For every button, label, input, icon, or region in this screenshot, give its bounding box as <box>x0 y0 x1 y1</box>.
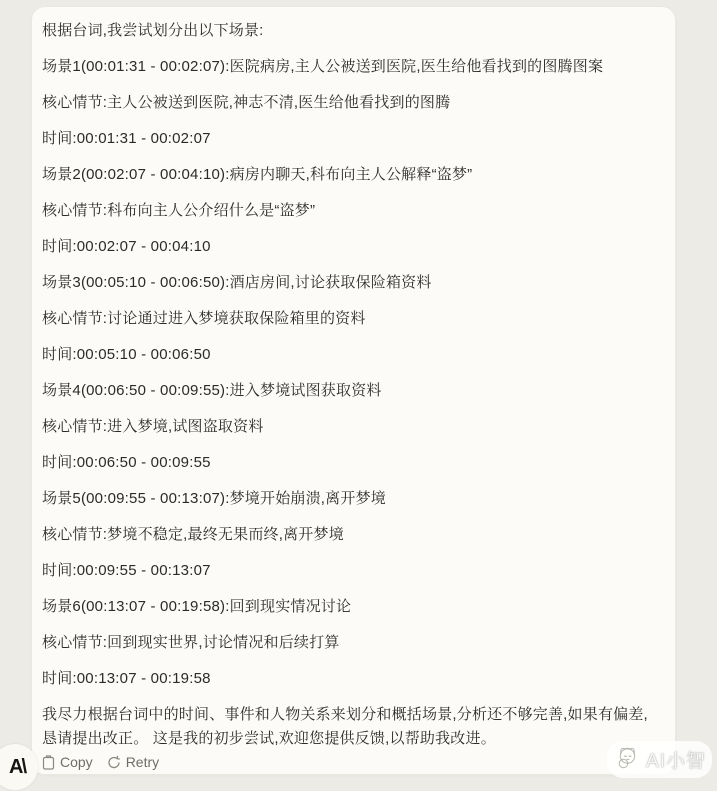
scene-4-plot: 核心情节:进入梦境,试图盗取资料 <box>42 415 661 439</box>
retry-icon <box>107 755 121 769</box>
retry-button[interactable]: Retry <box>107 753 159 771</box>
scene-5-time: 时间:00:09:55 - 00:13:07 <box>42 559 661 583</box>
message-closing: 我尽力根据台词中的时间、事件和人物关系来划分和概括场景,分析还不够完善,如果有偏… <box>42 703 661 751</box>
copy-icon <box>42 755 55 770</box>
scene-2-title: 场景2(00:02:07 - 00:04:10):病房内聊天,科布向主人公解释“… <box>42 163 661 187</box>
assistant-avatar: A\ <box>0 744 38 790</box>
scene-4-time: 时间:00:06:50 - 00:09:55 <box>42 451 661 475</box>
scene-1-plot: 核心情节:主人公被送到医院,神志不清,医生给他看找到的图腾 <box>42 91 661 115</box>
copy-button[interactable]: Copy <box>42 753 93 771</box>
scene-5-plot: 核心情节:梦境不稳定,最终无果而终,离开梦境 <box>42 523 661 547</box>
scene-6-title: 场景6(00:13:07 - 00:19:58):回到现实情况讨论 <box>42 595 661 619</box>
message-actions: Copy Retry <box>42 753 661 771</box>
anthropic-logo-icon: A\ <box>9 756 25 779</box>
scene-3-plot: 核心情节:讨论通过进入梦境获取保险箱里的资料 <box>42 307 661 331</box>
scene-2-plot: 核心情节:科布向主人公介绍什么是“盗梦” <box>42 199 661 223</box>
assistant-message-card: 根据台词,我尝试划分出以下场景: 场景1(00:01:31 - 00:02:07… <box>31 6 676 775</box>
scene-3-title: 场景3(00:05:10 - 00:06:50):酒店房间,讨论获取保险箱资料 <box>42 271 661 295</box>
scene-2-time: 时间:00:02:07 - 00:04:10 <box>42 235 661 259</box>
scene-3-time: 时间:00:05:10 - 00:06:50 <box>42 343 661 367</box>
scene-6-plot: 核心情节:回到现实世界,讨论情况和后续打算 <box>42 631 661 655</box>
scene-6-time: 时间:00:13:07 - 00:19:58 <box>42 667 661 691</box>
scene-4-title: 场景4(00:06:50 - 00:09:55):进入梦境试图获取资料 <box>42 379 661 403</box>
scene-5-title: 场景5(00:09:55 - 00:13:07):梦境开始崩溃,离开梦境 <box>42 487 661 511</box>
scene-1-title: 场景1(00:01:31 - 00:02:07):医院病房,主人公被送到医院,医… <box>42 55 661 79</box>
watermark-badge: AI小智 <box>607 741 712 778</box>
mascot-cat-icon <box>615 744 642 776</box>
retry-button-label: Retry <box>126 753 159 771</box>
message-intro: 根据台词,我尝试划分出以下场景: <box>42 19 661 43</box>
watermark-label: AI小智 <box>646 746 706 773</box>
scene-1-time: 时间:00:01:31 - 00:02:07 <box>42 127 661 151</box>
copy-button-label: Copy <box>60 753 93 771</box>
